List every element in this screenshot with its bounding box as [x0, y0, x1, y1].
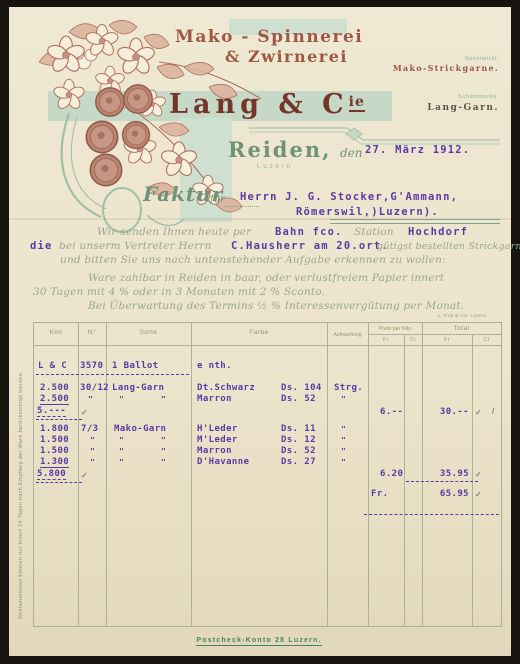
cell-farbe: H'Leder	[197, 424, 238, 434]
cell-kilo: 2.500	[40, 394, 69, 405]
col-header-kilo: Kilo	[34, 329, 78, 337]
check-mark: ✓	[81, 408, 88, 417]
ditto-mark: "	[341, 425, 346, 434]
subheader-fr: Fr	[368, 336, 404, 344]
cell-no: 7/3	[81, 424, 98, 434]
cell-kilo: 1.500	[40, 435, 69, 445]
typed-dash-rule	[406, 481, 478, 482]
subheader-ct: Ct	[472, 336, 501, 344]
ditto-mark: "	[88, 395, 93, 404]
cell-sorte: Mako-Garn	[114, 424, 166, 434]
dateline-canton: Luzern	[257, 164, 293, 171]
cell-ds: Ds. 104	[281, 383, 322, 393]
speciality-label: Spezialität:	[339, 56, 499, 63]
body-line3: und bitten Sie uns nach untenstehender A…	[60, 254, 446, 267]
ditto-mark: "	[119, 436, 124, 445]
body-line4: Ware zahlbar in Reiden in baar, oder ver…	[88, 272, 444, 285]
company-name: Lang & Cie	[169, 90, 365, 120]
body-line1-typed2: Hochdorf	[408, 226, 468, 238]
ditto-mark: "	[341, 395, 346, 404]
col-header-no: N°	[78, 329, 106, 337]
sum-kilo: 5.---	[37, 406, 66, 417]
cell-sorte: 1 Ballot	[112, 361, 159, 371]
body-line2-script1: bei unserm Vertreter Herrn	[59, 240, 212, 253]
cell-sorte: Lang-Garn	[112, 383, 164, 393]
sum-kilo: 5.800	[37, 469, 66, 480]
ditto-mark: "	[90, 458, 95, 467]
body-line2-typed1: die	[30, 240, 53, 252]
col-header-sorte: Sorte	[106, 329, 191, 337]
cell-kilo: 2.500	[40, 383, 69, 393]
grid-line	[368, 334, 501, 335]
ditto-mark: "	[119, 395, 124, 404]
goods-table: Kilo N° Sorte Farbe Aufmachung Preis per…	[33, 322, 502, 627]
col-header-farbe: Farbe	[191, 329, 327, 337]
medallions-icon	[86, 85, 152, 186]
cell-kilo: 1.800	[40, 424, 69, 434]
body-line1-script1: Wir senden Ihnen heute per	[97, 226, 251, 239]
cell-ds: Ds. 52	[281, 394, 316, 404]
check-mark: ✓	[475, 490, 482, 499]
grid-line	[368, 323, 369, 626]
cell-ds: Ds. 11	[281, 424, 316, 434]
subheader-fr: Fr	[422, 336, 472, 344]
dateline-city: Reiden,	[228, 139, 331, 161]
dateline-den: den	[340, 147, 363, 160]
check-mark: ✓	[475, 470, 482, 479]
addressee-line2: Römerswil,)Luzern).	[296, 206, 439, 218]
company-name-suffix: ie	[349, 94, 365, 112]
scanned-invoice-photo: { "company": { "trade_line1": "Mako - Sp…	[0, 0, 520, 664]
company-name-main: Lang & C	[169, 89, 349, 120]
cell-farbe: Marron	[197, 446, 232, 456]
subheader-ct: Ct	[404, 336, 422, 344]
grid-line	[191, 323, 192, 626]
addressee-line1: Herrn J. G. Stocker,G'Ammann,	[240, 191, 458, 203]
faktur-dotted-leader	[225, 206, 259, 207]
ditto-mark: "	[341, 458, 346, 467]
grid-line	[106, 323, 107, 626]
cell-farbe: e nth.	[197, 361, 232, 371]
cell-no: 30/12	[80, 383, 109, 393]
col-header-aufmachung: Aufmachung	[327, 331, 368, 339]
ditto-mark: "	[161, 395, 166, 404]
ditto-mark: "	[341, 447, 346, 456]
cell-ds: Ds. 27	[281, 457, 316, 467]
footer-postcheck-wrap: Postcheck-Konto 28 Luzern.	[159, 627, 359, 646]
ditto-mark: "	[119, 458, 124, 467]
cell-farbe: Marron	[197, 394, 232, 404]
typed-dash-rule	[36, 374, 189, 375]
pencil-mark: /	[492, 407, 494, 416]
cell-no: 3570	[80, 361, 103, 371]
cell-kilo: L & C	[38, 361, 67, 371]
sum-preis: 6.--	[380, 407, 403, 417]
typed-dash-rule	[36, 419, 82, 420]
sum-total: 30.--	[422, 407, 469, 417]
address-underline	[330, 219, 500, 224]
cell-kilo: 1.500	[40, 446, 69, 456]
ditto-mark: "	[341, 436, 346, 445]
body-line5: 30 Tagen mit 4 % oder in 3 Monaten mit 2…	[33, 286, 325, 299]
trade-name-line2: & Zwirnerei	[225, 48, 348, 65]
paper: Mako - Spinnerei & Zwirnerei Spezialität…	[9, 7, 511, 656]
typed-dash-rule	[36, 482, 82, 483]
grid-line	[327, 323, 328, 626]
sum-total: 35.95	[422, 469, 469, 479]
sum-preis: 6.20	[380, 469, 403, 479]
cell-farbe: Dt.Schwarz	[197, 383, 255, 393]
printer-imprint: A. Trüb & Cie. Luzern.	[437, 313, 488, 318]
faktur-fuer: für	[210, 194, 225, 205]
grand-total: 65.95	[422, 489, 469, 499]
ditto-mark: "	[90, 436, 95, 445]
cell-kilo: 1.300	[40, 457, 69, 468]
currency-label: Fr.	[371, 489, 388, 499]
ditto-mark: "	[161, 458, 166, 467]
grid-line	[404, 334, 405, 626]
body-line1-script2: Station	[354, 226, 394, 239]
typed-dash-rule	[364, 514, 499, 515]
col-header-preis: Preis per Kilo	[368, 325, 422, 333]
ditto-mark: "	[119, 447, 124, 456]
body-line6: Bei Überwartung des Termins ½ % Interess…	[88, 300, 464, 313]
cell-farbe: D'Havanne	[197, 457, 249, 467]
check-mark: ✓	[81, 471, 88, 480]
typed-date: 27. März 1912.	[365, 144, 470, 156]
trade-name-line1: Mako - Spinnerei	[175, 28, 363, 46]
col-header-total: Total	[422, 325, 501, 333]
body-line2-typed2: C.Hausherr am 20.ort.	[231, 240, 389, 252]
body-line1-typed1: Bahn fco.	[275, 226, 343, 238]
grid-line	[34, 345, 501, 346]
cell-ds: Ds. 12	[281, 435, 316, 445]
grid-line	[472, 334, 473, 626]
ditto-mark: "	[161, 436, 166, 445]
ditto-mark: "	[90, 447, 95, 456]
body-line2-script2: gütigst bestellten Strickgarne	[377, 240, 520, 253]
ditto-mark: "	[161, 447, 166, 456]
postcheck-konto: Postcheck-Konto 28 Luzern.	[196, 637, 321, 646]
check-mark: ✓	[475, 408, 482, 417]
grid-line	[78, 323, 79, 626]
margin-note: Reklamationen können nur innert 14 Tagen…	[18, 324, 25, 619]
cell-aufmachung: Strg.	[334, 383, 363, 393]
speciality-value: Mako-Strickgarne.	[339, 64, 499, 73]
cell-farbe: M'Leder	[197, 435, 238, 445]
cell-ds: Ds. 52	[281, 446, 316, 456]
